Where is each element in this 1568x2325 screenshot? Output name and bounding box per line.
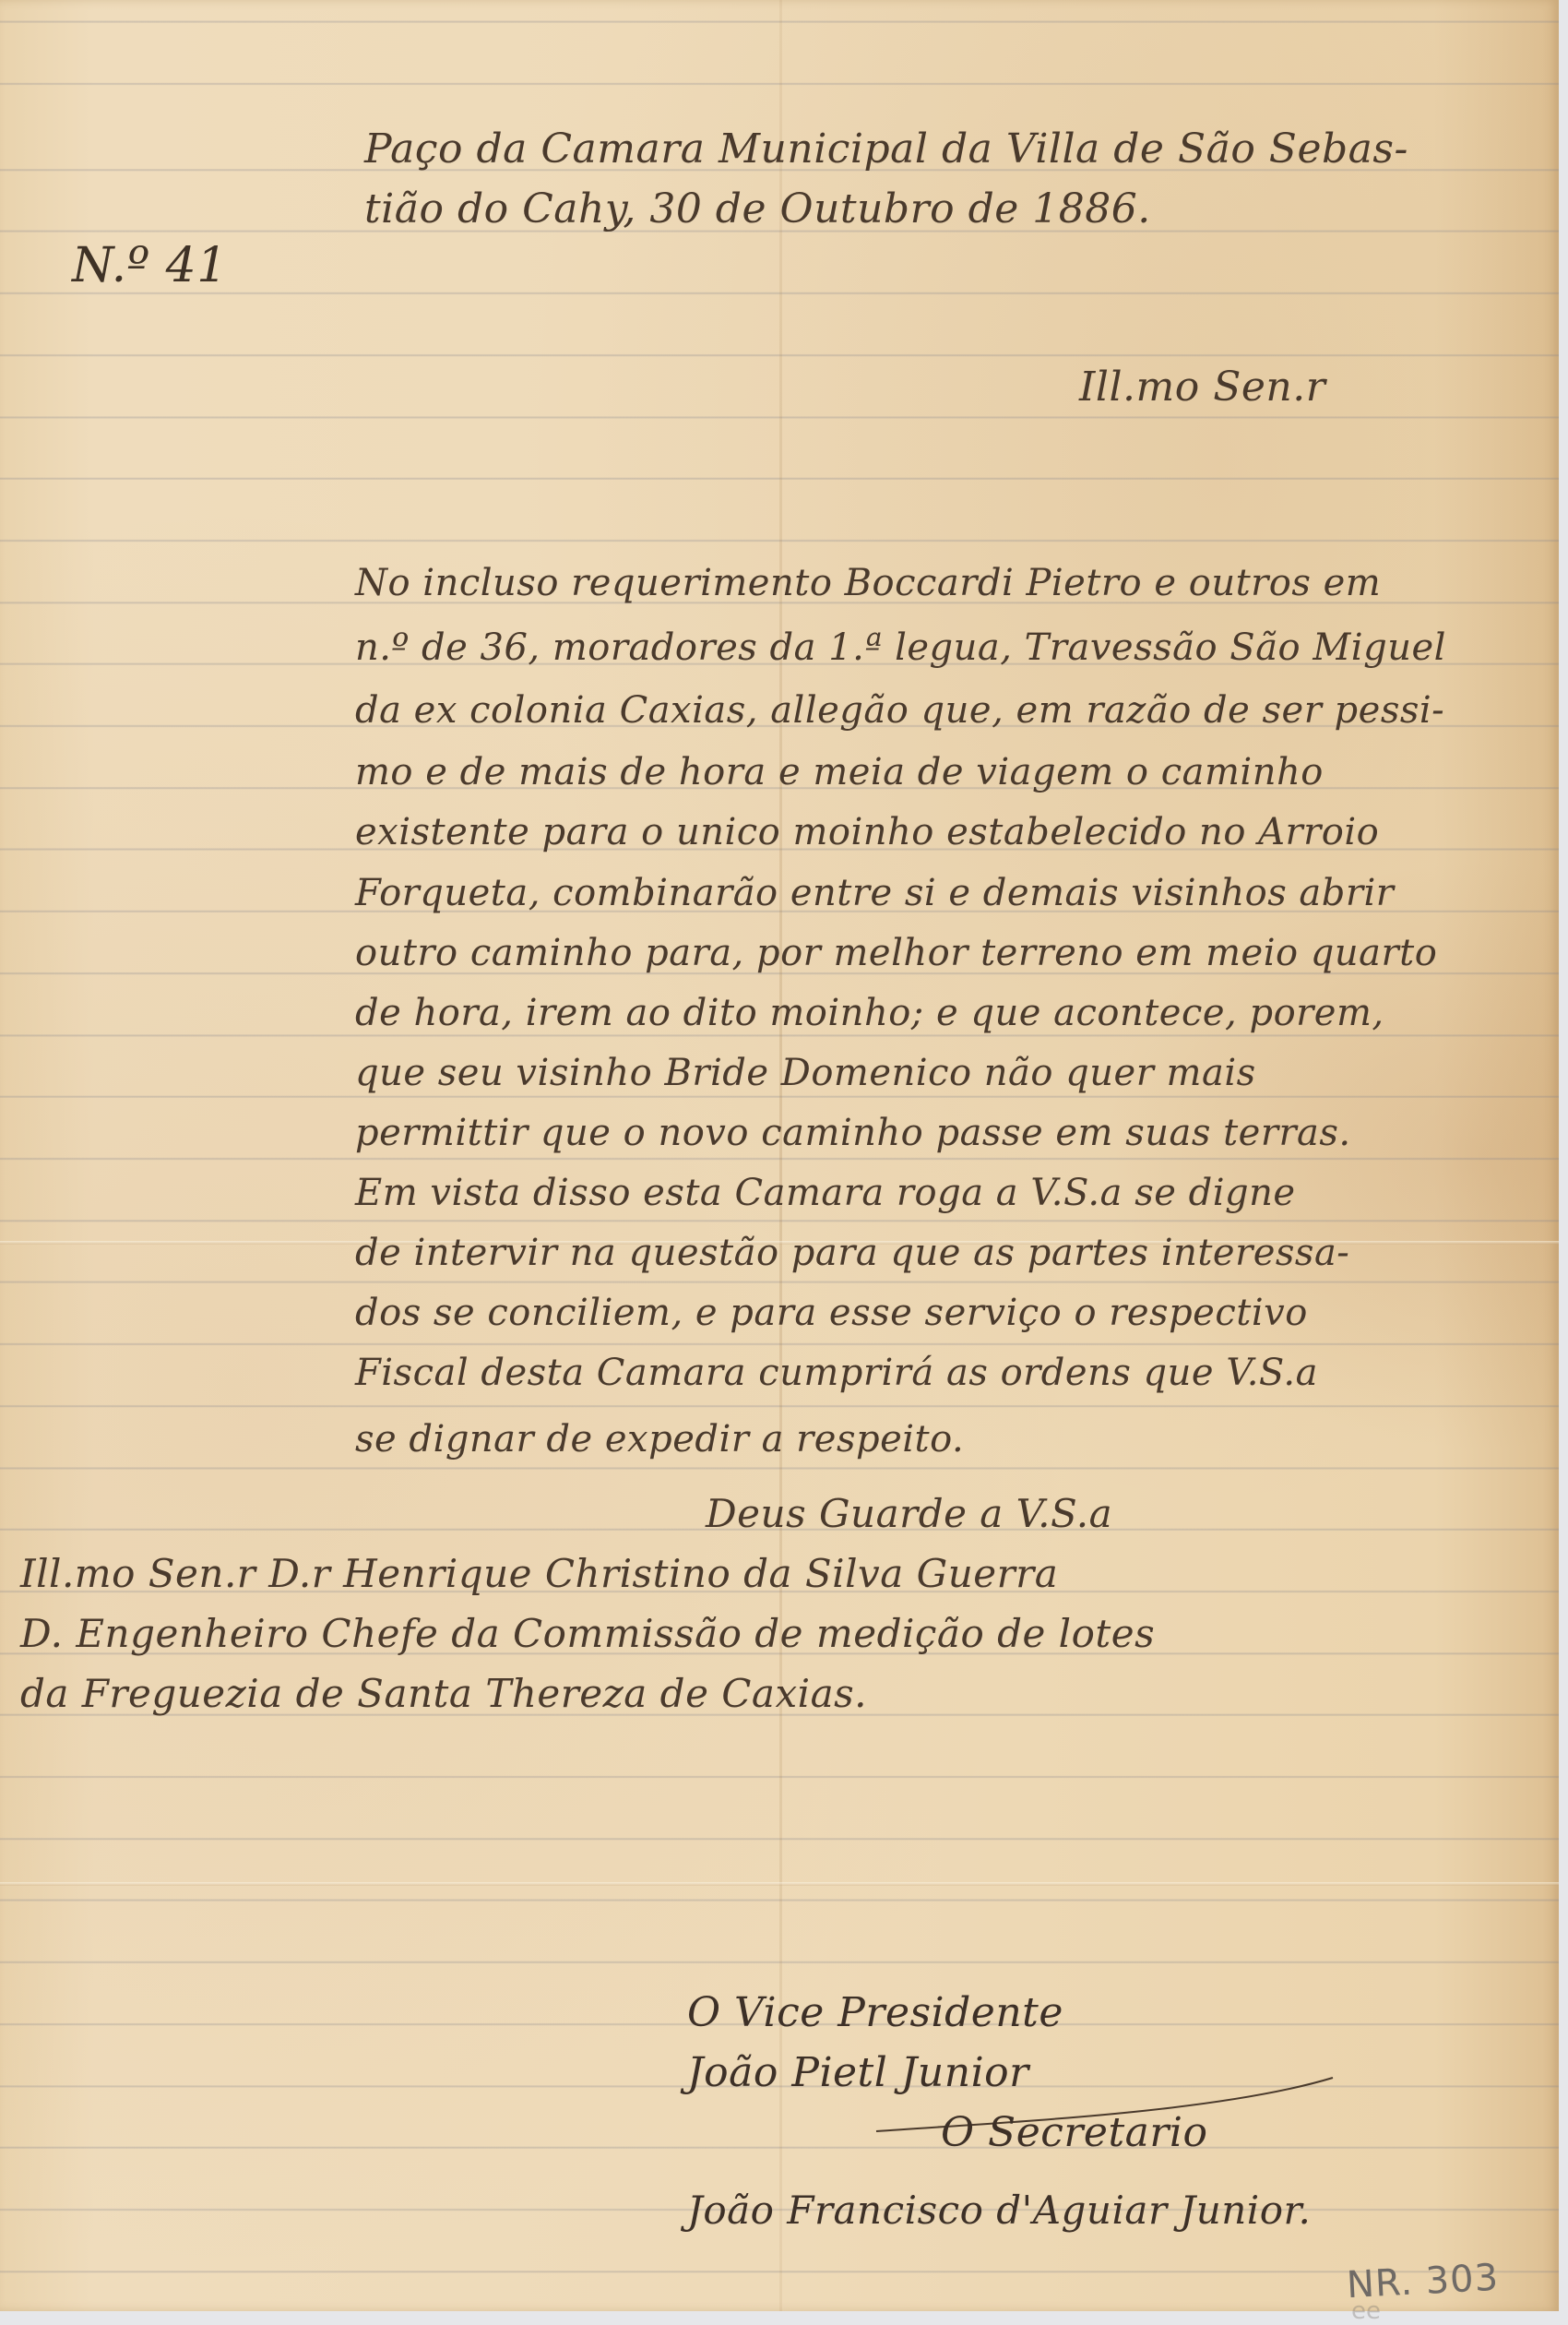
place-date-line-2: tião do Cahy, 30 de Outubro de 1886. xyxy=(364,189,1151,230)
body-line: No incluso requerimento Boccardi Pietro … xyxy=(355,565,1381,602)
body-line: n.º de 36, moradores da 1.ª legua, Trave… xyxy=(355,629,1446,666)
closing-formula: Deus Guarde a V.S.a xyxy=(706,1495,1112,1533)
body-line: de hora, irem ao dito moinho; e que acon… xyxy=(355,995,1384,1031)
archive-faint-mark: ee xyxy=(1351,2297,1381,2325)
body-line: permittir que o novo caminho passe em su… xyxy=(355,1115,1351,1151)
paper-sheet: Paço da Camara Municipal da Villa de São… xyxy=(0,0,1559,2311)
document-number: N.º 41 xyxy=(72,242,228,290)
secretary-signature: João Francisco d'Aguiar Junior. xyxy=(687,2191,1311,2230)
body-line: da ex colonia Caxias, allegão que, em ra… xyxy=(355,692,1444,729)
body-line: Em vista disso esta Camara roga a V.S.a … xyxy=(355,1174,1296,1211)
horizontal-fold-crease xyxy=(0,1882,1559,1886)
place-date-line-1: Paço da Camara Municipal da Villa de São… xyxy=(364,129,1408,170)
addressee-line: D. Engenheiro Chefe da Commissão de medi… xyxy=(20,1615,1155,1653)
body-line: Forqueta, combinarão entre si e demais v… xyxy=(355,875,1394,912)
body-line: que seu visinho Bride Domenico não quer … xyxy=(355,1055,1256,1091)
body-line: existente para o unico moinho estabeleci… xyxy=(355,814,1379,851)
salutation: Ill.mo Sen.r xyxy=(1079,367,1325,408)
body-line: se dignar de expedir a respeito. xyxy=(355,1421,964,1458)
body-line: mo e de mais de hora e meia de viagem o … xyxy=(355,754,1324,791)
secretary-title: O Secretario xyxy=(941,2113,1207,2153)
vice-president-signature: João Pietl Junior xyxy=(687,2053,1029,2093)
body-line: outro caminho para, por melhor terreno e… xyxy=(355,935,1437,972)
vertical-fold-crease xyxy=(779,0,782,2311)
vice-president-title: O Vice Presidente xyxy=(687,1993,1063,2033)
addressee-line: Ill.mo Sen.r D.r Henrique Christino da S… xyxy=(20,1555,1058,1593)
addressee-line: da Freguezia de Santa Thereza de Caxias. xyxy=(20,1675,867,1713)
body-line: dos se conciliem, e para esse serviço o … xyxy=(355,1294,1308,1331)
body-line: de intervir na questão para que as parte… xyxy=(355,1234,1349,1271)
body-line: Fiscal desta Camara cumprirá as ordens q… xyxy=(355,1354,1318,1391)
